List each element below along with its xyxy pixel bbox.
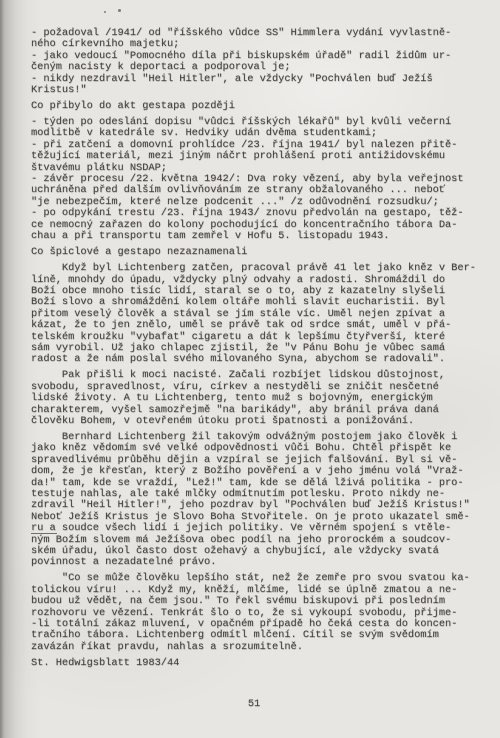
section-heading-gestapo-files-later: Co přibylo do akt gestapa později [31, 101, 488, 112]
facts-list-1941: - požadoval /1941/ od "říšského vůdce SS… [31, 28, 488, 96]
page-number: 51 [31, 699, 477, 710]
paragraph-priest-in-berlin: Když byl Lichtenberg zatčen, pracoval pr… [31, 263, 488, 366]
paragraph-nazis-rise: Pak přišli k moci nacisté. Začali rozbíj… [31, 370, 488, 427]
page-text-area: - požadoval /1941/ od "říšského vůdce SS… [31, 28, 488, 674]
facts-list-arrest-trial: - týden po odeslání dopisu "vůdci říšský… [31, 117, 488, 242]
scan-speck [104, 11, 106, 13]
source-citation: St. Hedwigsblatt 1983/44 [31, 658, 488, 669]
typewriter-underline-correction [31, 533, 57, 534]
scanned-document-page: - požadoval /1941/ od "říšského vůdce SS… [0, 0, 500, 738]
scan-speck [118, 9, 121, 12]
page-left-binding-shadow [0, 0, 4, 738]
section-heading-what-spies-missed: Co špiclové a gestapo nezaznamenali [31, 247, 488, 258]
paragraph-courageous-stance: Bernhard Lichtenberg žil takovým odvážný… [31, 432, 488, 569]
paragraph-final-quote: "Co se může člověku lepšího stát, než že… [31, 573, 488, 653]
